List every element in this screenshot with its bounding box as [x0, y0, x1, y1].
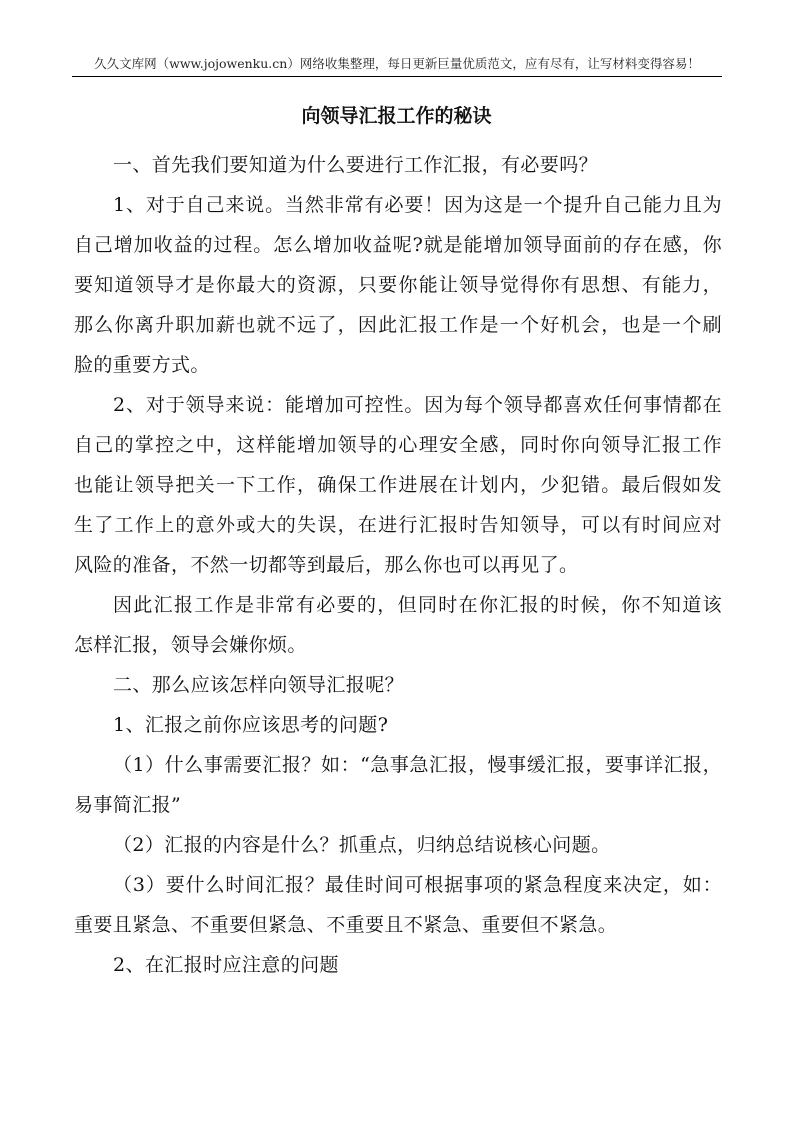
- paragraph-line: 因此汇报工作是非常有必要的，但同时在你汇报的时候，你不知道该: [74, 585, 722, 625]
- paragraph-line: 1、对于自己来说。当然非常有必要！因为这是一个提升自己能力且为: [74, 185, 722, 225]
- header-text: 久久文库网（www.jojowenku.cn）网络收集整理，每日更新巨量优质范文…: [94, 56, 700, 71]
- paragraph-line: 风险的准备，不然一切都等到最后，那么你也可以再见了。: [74, 545, 722, 585]
- list-item: （1）什么事需要汇报？如：“急事急汇报，慢事缓汇报，要事详汇报，: [74, 745, 722, 785]
- paragraph-line: 自己的掌控之中，这样能增加领导的心理安全感，同时你向领导汇报工作: [74, 425, 722, 465]
- subheading: 2、在汇报时应注意的问题: [74, 945, 722, 985]
- paragraph-line: 那么你离升职加薪也就不远了，因此汇报工作是一个好机会，也是一个刷: [74, 305, 722, 345]
- document-body: 一、首先我们要知道为什么要进行工作汇报，有必要吗？ 1、对于自己来说。当然非常有…: [74, 145, 722, 985]
- section-heading-1: 一、首先我们要知道为什么要进行工作汇报，有必要吗？: [74, 145, 722, 185]
- document-title: 向领导汇报工作的秘诀: [0, 104, 793, 128]
- list-item-continuation: 易事简汇报”: [74, 785, 722, 825]
- list-item: （3）要什么时间汇报？最佳时间可根据事项的紧急程度来决定，如：: [74, 865, 722, 905]
- paragraph-line: 2、对于领导来说：能增加可控性。因为每个领导都喜欢任何事情都在: [74, 385, 722, 425]
- list-item: （2）汇报的内容是什么？抓重点，归纳总结说核心问题。: [74, 825, 722, 865]
- subheading: 1、汇报之前你应该思考的问题?: [74, 705, 722, 745]
- paragraph-line: 怎样汇报，领导会嫌你烦。: [74, 625, 722, 665]
- page-header: 久久文库网（www.jojowenku.cn）网络收集整理，每日更新巨量优质范文…: [72, 56, 722, 77]
- paragraph-line: 也能让领导把关一下工作，确保工作进展在计划内，少犯错。最后假如发: [74, 465, 722, 505]
- list-item-continuation: 重要且紧急、不重要但紧急、不重要且不紧急、重要但不紧急。: [74, 905, 722, 945]
- paragraph-line: 生了工作上的意外或大的失误，在进行汇报时告知领导，可以有时间应对: [74, 505, 722, 545]
- paragraph-line: 自己增加收益的过程。怎么增加收益呢?就是能增加领导面前的存在感，你: [74, 225, 722, 265]
- paragraph-line: 要知道领导才是你最大的资源，只要你能让领导觉得你有思想、有能力，: [74, 265, 722, 305]
- section-heading-2: 二、那么应该怎样向领导汇报呢？: [74, 665, 722, 705]
- paragraph-line: 脸的重要方式。: [74, 345, 722, 385]
